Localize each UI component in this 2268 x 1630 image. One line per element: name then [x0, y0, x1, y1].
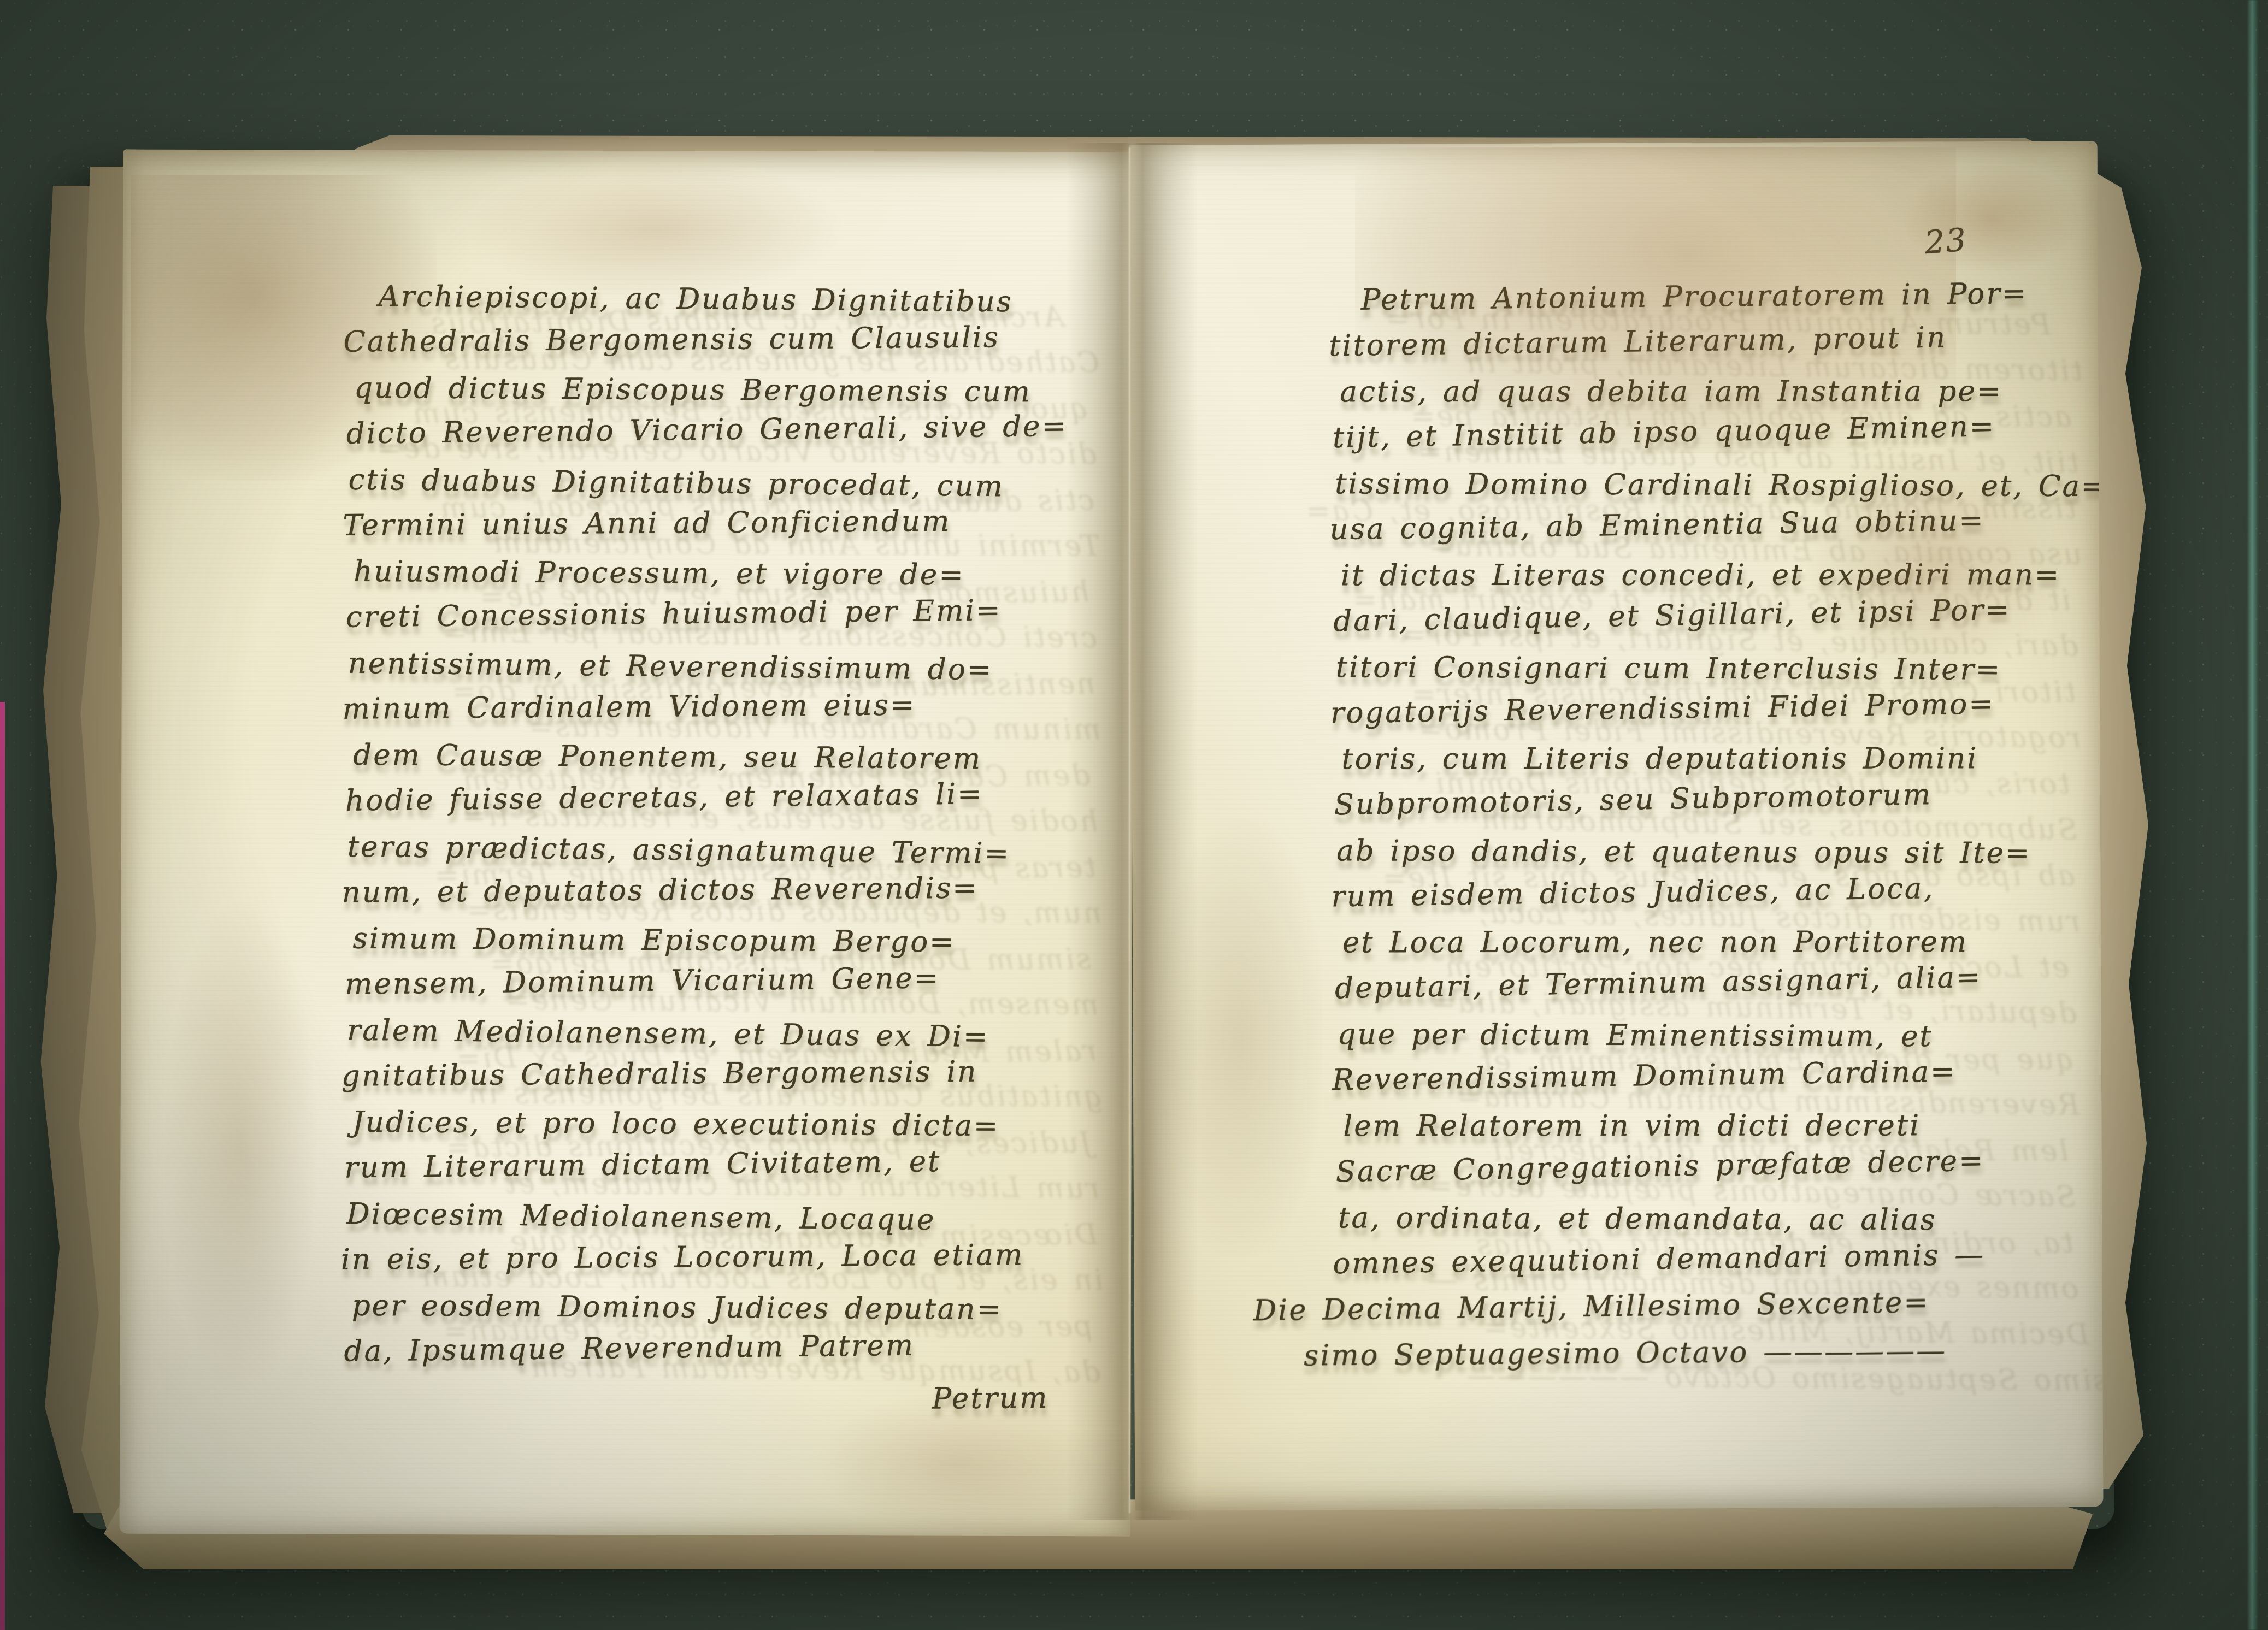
text-line: usa cognita, ab Eminentia Sua obtinu=	[1329, 498, 2081, 554]
right-page: Petrum Antonium Procuratorem in Por=tito…	[1129, 141, 2104, 1511]
text-line: titorem dictarum Literarum, prout in	[1329, 314, 2080, 370]
left-page: Archiepiscopi, ac Duabus DignitatibusCat…	[120, 150, 1134, 1537]
text-line: Termini unius Anni ad Conficiendum	[343, 499, 1109, 550]
text-line: mensem, Dominum Vicarium Gene=	[345, 955, 1111, 1009]
text-line: Die Decima Martij, Millesimo Sexcente=	[1253, 1280, 2004, 1335]
text-line: num, et deputatos dictos Reverendis=	[341, 866, 1108, 917]
catchword-container: Petrum	[343, 1376, 1109, 1426]
text-line: rum eisdem dictos Judices, ac Loca,	[1331, 865, 2082, 921]
manuscript-scan: Archiepiscopi, ac Duabus DignitatibusCat…	[0, 0, 2268, 1630]
text-line: minum Cardinalem Vidonem eius=	[342, 682, 1109, 734]
text-line: gnitatibus Cathedralis Bergomensis in	[341, 1049, 1108, 1101]
text-line: da, Ipsumque Reverendum Patrem	[344, 1322, 1110, 1376]
text-line: creti Concessionis huiusmodi per Emi=	[346, 588, 1112, 642]
text-line: Cathedralis Bergomensis cum Clausulis	[343, 315, 1110, 367]
scanner-artifact-glass-edge	[2247, 0, 2259, 1630]
right-page-text: Petrum Antonium Procuratorem in Por=tito…	[1331, 275, 2087, 1380]
page-number: 23	[1923, 221, 1969, 262]
text-line: simo Septuagesimo Octavo ——————	[1304, 1328, 2055, 1380]
text-line: rogatorijs Reverendissimi Fidei Promo=	[1330, 681, 2082, 737]
catchword: Petrum	[343, 1376, 1109, 1428]
scanner-artifact-magenta-stripe	[0, 702, 5, 1630]
text-line: omnes exequutioni demandari omnis —	[1333, 1232, 2084, 1288]
text-line: Reverendissimum Dominum Cardina=	[1332, 1048, 2083, 1105]
text-line: in eis, et pro Locis Locorum, Loca etiam	[341, 1233, 1108, 1284]
text-line: dicto Reverendo Vicario Generali, sive d…	[346, 404, 1113, 458]
left-page-text: Archiepiscopi, ac Duabus DignitatibusCat…	[343, 275, 1111, 1378]
text-line: rum Literarum dictam Civitatem, et	[344, 1138, 1111, 1192]
text-line: hodie fuisse decretas, et relaxatas li=	[345, 771, 1112, 825]
gutter-fold-line	[1129, 147, 1130, 1513]
